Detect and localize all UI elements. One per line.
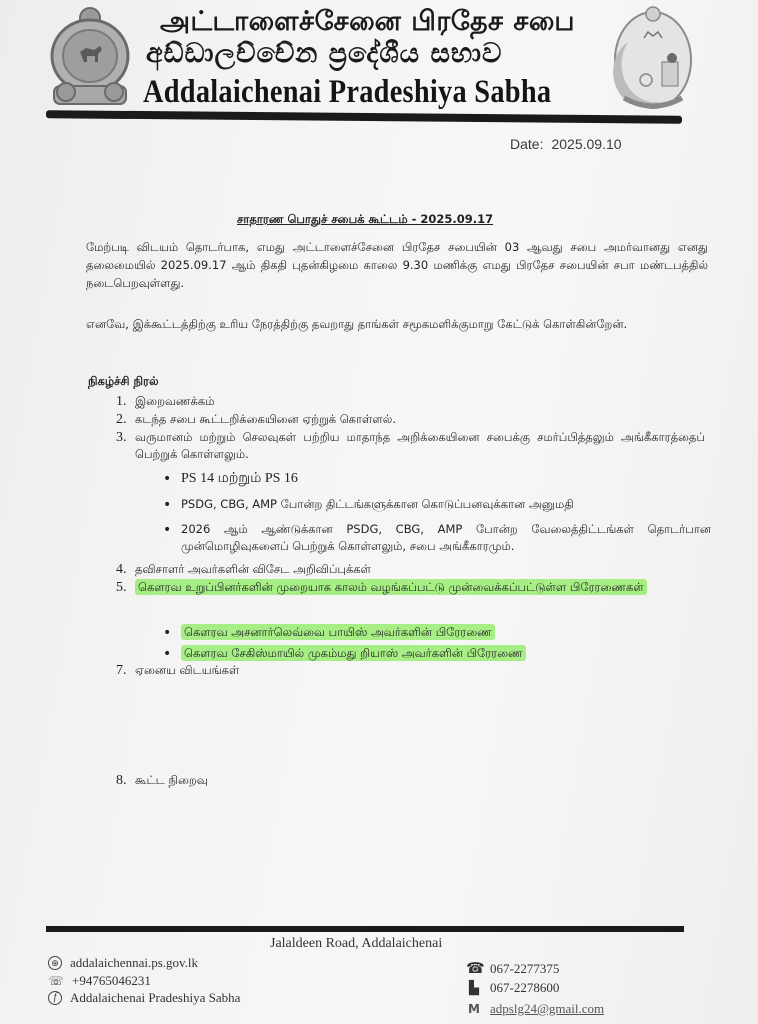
agenda-item-2: 2. கடந்த சபை கூட்டறிக்கையினை ஏற்றுக் கொள… [135,411,396,428]
agenda-item-number: 3. [116,429,127,446]
agenda-subitem-3b: • PSDG, CBG, AMP போன்ற திட்டங்களுக்கான க… [181,496,574,513]
agenda-item-number: 1. [116,393,127,410]
letter-subject: சாதாரண பொதுச் சபைக் கூட்டம் - 2025.09.17 [237,212,493,228]
footer-divider [46,926,684,932]
bullet-icon: • [163,522,171,539]
footer-address: Jalaldeen Road, Addalaichenai [270,936,442,952]
bullet-icon: • [163,646,171,663]
agenda-item-3: 3. வருமானம் மற்றும் செலவுகள் பற்றிய மாதா… [135,429,705,463]
phone-text: 067-2277375 [490,961,559,977]
agenda-item-text: தவிசாளர் அவர்களின் விசேட அறிவிப்புக்கள் [135,562,371,576]
bullet-icon: • [163,625,171,642]
agenda-subitem-text: PS 14 மற்றும் PS 16 [181,471,298,486]
website-text[interactable]: addalaichennai.ps.gov.lk [70,955,198,971]
globe-icon: ⊕ [48,956,62,970]
agenda-subitem-3a: • PS 14 மற்றும் PS 16 [181,470,298,487]
agenda-item-number: 4. [116,561,127,578]
fax-text: 067-2278600 [490,980,559,996]
mobile-text: +94765046231 [72,973,151,989]
agenda-subitem-3c: • 2026 ஆம் ஆண்டுக்கான PSDG, CBG, AMP போன… [181,521,711,555]
agenda-subitem-text: PSDG, CBG, AMP போன்ற திட்டங்களுக்கான கொட… [181,497,574,511]
date-label: Date: [510,136,543,152]
agenda-item-text: வருமானம் மற்றும் செலவுகள் பற்றிய மாதாந்த… [135,430,705,461]
agenda-item-number: 7. [116,662,127,679]
agenda-subitem-5b: • கௌரவ சேகிஸ்மாயில் முகம்மது றியாஸ் அவர்… [181,645,526,662]
header-divider [46,110,682,124]
bullet-icon: • [163,497,171,514]
agenda-subitem-5a: • கௌரவ அசனார்லெவ்வை பாயிஸ் அவர்களின் பிர… [181,624,495,641]
header-title-tamil: அட்டாளைச்சேனை பிரதேச சபை [160,6,575,41]
mobile-phone-icon: ☏ [48,974,64,988]
agenda-item-text: கடந்த சபை கூட்டறிக்கையினை ஏற்றுக் கொள்ளல… [135,412,396,426]
facebook-text[interactable]: Addalaichenai Pradeshiya Sabha [70,990,240,1006]
header-title-sinhala: අඩ්ඩාලච්චේන ප්‍රදේශීය සභාව [146,38,502,70]
highlighted-agenda-subitem-text: கௌரவ சேகிஸ்மாயில் முகம்மது றியாஸ் அவர்கள… [181,645,526,661]
agenda-item-8: 8. கூட்ட நிறைவு [135,772,208,789]
agenda-title: நிகழ்ச்சி நிரல் [88,374,159,390]
footer-mobile: ☏ +94765046231 [48,973,151,989]
letter-date: Date:2025.09.10 [510,136,630,152]
highlighted-agenda-text: கௌரவ உறுப்பினர்களின் முறையாக காலம் வழங்க… [135,579,647,595]
bullet-icon: • [163,471,171,488]
agenda-item-number: 8. [116,772,127,789]
body-paragraph-2: எனவே, இக்கூட்டத்திற்கு உரிய நேரத்திற்கு … [86,315,708,333]
agenda-item-1: 1. இறைவணக்கம் [135,393,215,410]
date-value: 2025.09.10 [551,136,621,152]
agenda-item-number: 5. [116,578,127,597]
footer-fax: ▙ 067-2278600 [466,980,559,996]
header-title-english: Addalaichenai Pradeshiya Sabha [143,74,551,111]
agenda-item-5: 5. கௌரவ உறுப்பினர்களின் முறையாக காலம் வழ… [135,578,715,597]
gmail-icon: M [466,1002,482,1016]
agenda-item-text: ஏனைய விடயங்கள் [135,663,239,677]
agenda-item-text: இறைவணக்கம் [135,394,215,408]
pradeshiya-sabha-crest-logo [610,2,696,116]
agenda-item-7: 7. ஏனைய விடயங்கள் [135,662,239,679]
telephone-icon: ☎ [466,962,482,976]
body-paragraph-1: மேற்படி விடயம் தொடர்பாக, எமது அட்டாளைச்ச… [86,238,708,292]
sri-lanka-emblem-logo [44,4,136,112]
email-link[interactable]: adpslg24@gmail.com [490,1001,604,1017]
footer-email: M adpslg24@gmail.com [466,1001,604,1017]
footer-phone: ☎ 067-2277375 [466,961,559,977]
agenda-item-4: 4. தவிசாளர் அவர்களின் விசேட அறிவிப்புக்க… [135,561,371,578]
agenda-item-text: கூட்ட நிறைவு [135,773,208,787]
fax-icon: ▙ [466,981,482,995]
footer-website: ⊕ addalaichennai.ps.gov.lk [48,955,198,971]
facebook-icon: f [48,991,62,1005]
footer-facebook: f Addalaichenai Pradeshiya Sabha [48,990,240,1006]
highlighted-agenda-subitem-text: கௌரவ அசனார்லெவ்வை பாயிஸ் அவர்களின் பிரேர… [181,624,495,640]
agenda-subitem-text: 2026 ஆம் ஆண்டுக்கான PSDG, CBG, AMP போன்ற… [181,522,711,553]
agenda-item-number: 2. [116,411,127,428]
